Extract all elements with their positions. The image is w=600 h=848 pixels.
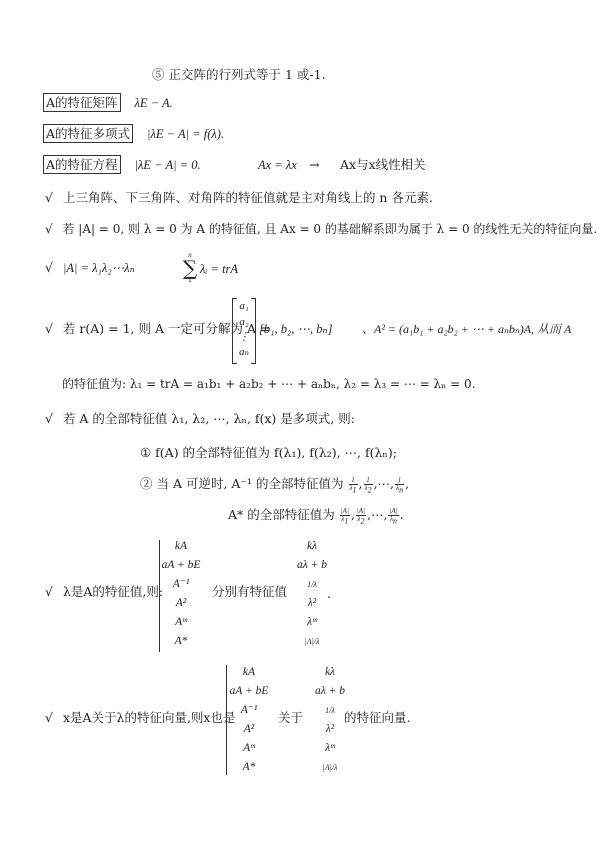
matrix-expr: kA	[226, 663, 272, 682]
row-vector: [b₁, b₂, ⋯, bₙ]	[259, 323, 333, 336]
eigenvalue-expr: kλ	[292, 537, 332, 556]
eigenvalue-prefix: λ是A的特征值,则:	[63, 584, 163, 599]
def-char-poly: A的特征多项式 |λE − A| = f(λ).	[43, 128, 224, 141]
def-char-matrix: A的特征矩阵 λE − A.	[43, 97, 173, 110]
eigenvalue-expr: |A|/λ	[310, 758, 350, 777]
polynomial-text: 若 A 的全部特征值 λ₁, λ₂, ⋯, λₙ, f(x) 是多项式, 则:	[63, 411, 355, 426]
matrix-expr: Aᵐ	[158, 613, 204, 632]
item2-prefix: ② 当 A 可逆时, A⁻¹ 的全部特征值为	[140, 476, 344, 491]
def-char-eq-formula: |λE − A| = 0.	[135, 158, 201, 172]
matrix-expr: A*	[226, 758, 272, 777]
check-icon: √	[45, 190, 53, 205]
check-icon: √	[45, 321, 53, 336]
trace-formula: λᵢ = trA	[200, 263, 238, 276]
orthogonal-det-text: 正交阵的行列式等于 1 或-1.	[169, 67, 326, 82]
bullet-polynomial: √ 若 A 的全部特征值 λ₁, λ₂, ⋯, λₙ, f(x) 是多项式, 则…	[45, 413, 355, 426]
rank-one-suffix: 、A² = (a₁b₁ + a₂b₂ + ⋯ + aₙbₙ)A, 从而 A	[362, 323, 571, 335]
eigenvalue-middle-text: 分别有特征值	[212, 586, 287, 599]
eigenvalue-expr: 1/λ	[292, 575, 332, 594]
polynomial-item-2: ② 当 A 可逆时, A⁻¹ 的全部特征值为 1λ1,1λ2,⋯,1λn,	[140, 477, 409, 492]
matrix-expr: Aᵐ	[226, 739, 272, 758]
bullet-triangular-text: 上三角阵、下三角阵、对角阵的特征值就是主对角线上的 n 各元素.	[63, 190, 433, 205]
eigenvalue-expr: aλ + b	[292, 556, 332, 575]
bullet-det-zero: √ 若 |A| = 0, 则 λ = 0 为 A 的特征值, 且 Ax = 0 …	[45, 223, 597, 235]
orthogonal-det-line: ⑤ 正交阵的行列式等于 1 或-1.	[152, 69, 326, 82]
column-entry: ⋮	[233, 330, 255, 344]
eigenvector-middle-text: 关于	[278, 712, 303, 725]
column-entry: a₁	[233, 298, 255, 314]
check-icon: √	[45, 260, 53, 275]
eigenvalue-expr: λᵐ	[292, 613, 332, 632]
matrix-expr: aA + bE	[158, 556, 204, 575]
bullet-eigenvector-table: √ x是A关于λ的特征向量,则x也是	[45, 712, 235, 725]
polynomial-item-1: ① f(A) 的全部特征值为 f(λ₁), f(λ₂), ⋯, f(λₙ);	[140, 447, 397, 460]
item3-prefix: A* 的全部特征值为	[228, 507, 335, 522]
eigenvalue-suffix: .	[327, 588, 331, 601]
check-icon: √	[45, 710, 53, 725]
eigenvalue-expr: kλ	[310, 663, 350, 682]
bullet-triangular: √ 上三角阵、下三角阵、对角阵的特征值就是主对角线上的 n 各元素.	[45, 192, 433, 205]
eigenvalue-right-column: kλ aλ + b 1/λ λ² λᵐ |A|/λ	[292, 537, 332, 651]
matrix-expr: kA	[158, 537, 204, 556]
eigenvector-prefix: x是A关于λ的特征向量,则x也是	[63, 710, 236, 725]
def-char-poly-label: A的特征多项式	[43, 124, 133, 143]
arrow-icon: →	[309, 159, 319, 172]
def-char-matrix-formula: λE − A.	[135, 96, 173, 110]
matrix-expr: aA + bE	[226, 682, 272, 701]
def-char-eq: A的特征方程 |λE − A| = 0.	[43, 159, 201, 172]
relation-formula: Ax = λx	[258, 159, 297, 172]
eigenvalue-expr: λ²	[292, 594, 332, 613]
matrix-expr: A⁻¹	[226, 701, 272, 720]
matrix-expr: A²	[158, 594, 204, 613]
eigenvector-suffix: 的特征向量.	[344, 712, 410, 725]
check-icon: √	[45, 222, 53, 236]
matrix-expr: A²	[226, 720, 272, 739]
def-char-matrix-label: A的特征矩阵	[43, 93, 121, 112]
polynomial-item-3: A* 的全部特征值为 |A|λ1,|A|λ2,⋯,|A|λn.	[228, 508, 404, 523]
bullet-det-zero-text: 若 |A| = 0, 则 λ = 0 为 A 的特征值, 且 Ax = 0 的基…	[62, 222, 597, 236]
eigenvalue-left-column: kA aA + bE A⁻¹ A² Aᵐ A*	[158, 537, 204, 651]
matrix-expr: A*	[158, 632, 204, 651]
check-icon: √	[45, 411, 53, 426]
column-vector: a₁ a₂ ⋮ aₙ	[232, 298, 256, 364]
bullet-eigenvalue-table: √ λ是A的特征值,则:	[45, 586, 163, 599]
eigenvalue-expr: aλ + b	[310, 682, 350, 701]
matrix-expr: A⁻¹	[158, 575, 204, 594]
eigenvalue-expr: λᵐ	[310, 739, 350, 758]
det-product-formula: |A| = λ₁λ₂⋯λₙ	[63, 261, 135, 275]
eigenvector-left-column: kA aA + bE A⁻¹ A² Aᵐ A*	[226, 663, 272, 777]
rank-one-continuation: 的特征值为: λ₁ = trA = a₁b₁ + a₂b₂ + ⋯ + aₙbₙ…	[62, 378, 476, 390]
column-entry: a₂	[233, 314, 255, 330]
eigenvalue-expr: |A|/λ	[292, 632, 332, 651]
bullet-det-product: √ |A| = λ₁λ₂⋯λₙ	[45, 262, 135, 275]
column-entry: aₙ	[233, 344, 255, 360]
check-icon: √	[45, 584, 53, 599]
def-char-poly-formula: |λE − A| = f(λ).	[147, 127, 224, 141]
sum-icon: ∑	[182, 259, 198, 277]
def-char-eq-label: A的特征方程	[43, 155, 121, 174]
circled-marker: ⑤	[152, 67, 165, 82]
relation-text: Ax与x线性相关	[340, 159, 426, 172]
sum-symbol-group: n ∑ 1	[182, 252, 198, 284]
